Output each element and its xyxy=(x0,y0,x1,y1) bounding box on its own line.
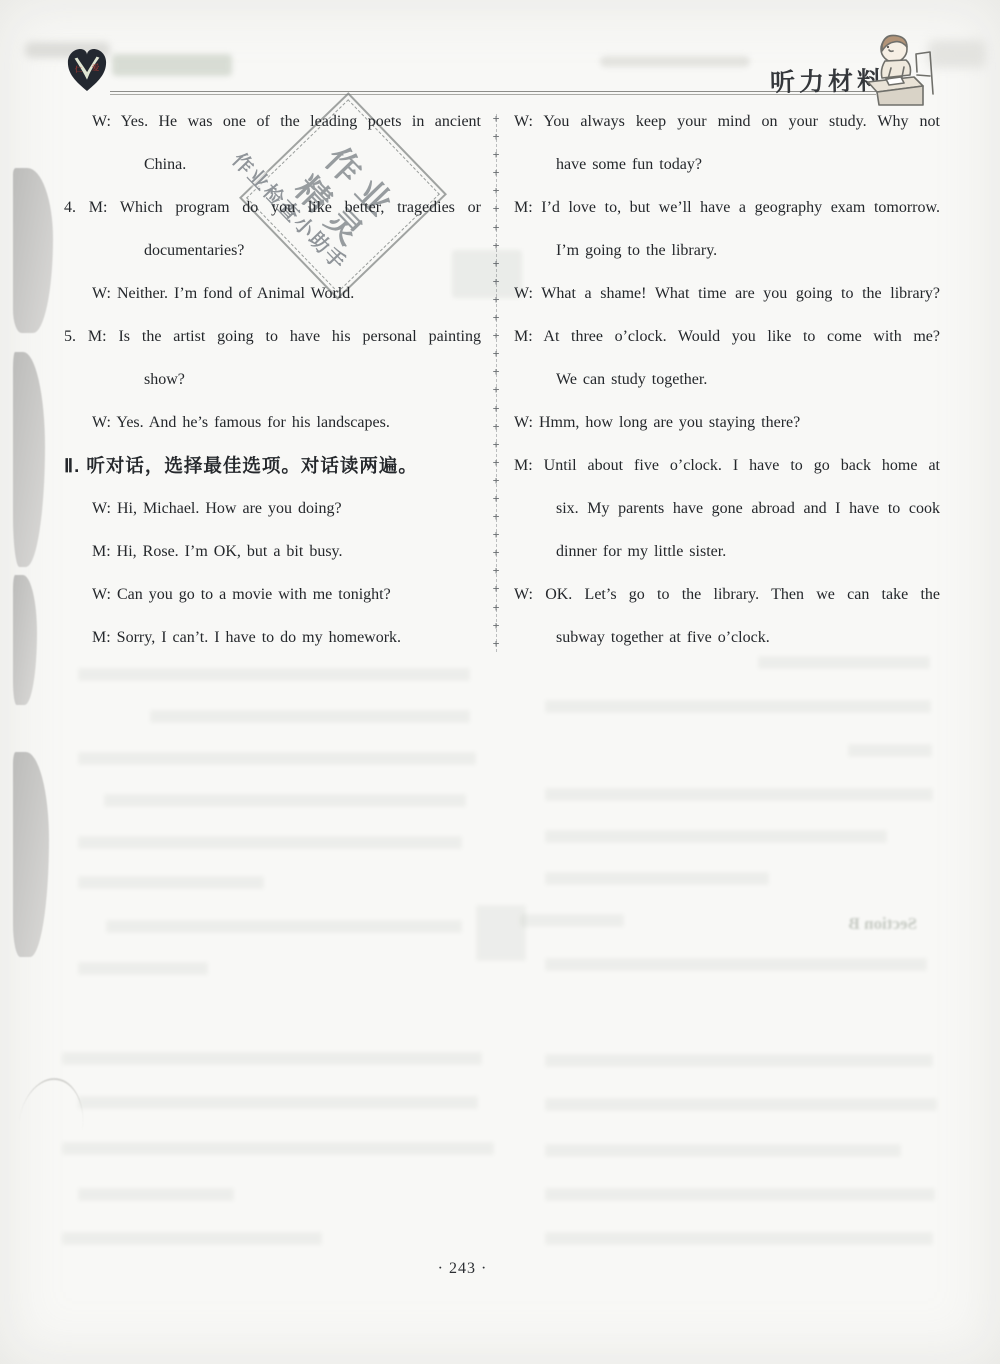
bleed-through-line xyxy=(545,1098,937,1111)
bleed-through-line xyxy=(78,1096,478,1109)
dialogue-column-right: W: You always keep your mind on your stu… xyxy=(512,100,940,659)
dialogue-column-left: W: Yes. He was one of the leading poets … xyxy=(64,100,481,659)
bleed-through-line xyxy=(476,905,526,961)
dialogue-line: 5. M: Is the artist going to have his pe… xyxy=(64,315,481,358)
bleed-through-line xyxy=(545,1144,901,1157)
dialogue-line: M: I’d love to, but we’ll have a geograp… xyxy=(512,186,940,229)
dialogue-line: have some fun today? xyxy=(512,143,940,186)
bleed-through-line xyxy=(62,1052,482,1065)
dialogue-line: M: At three o’clock. Would you like to c… xyxy=(512,315,940,358)
dialogue-line: We can study together. xyxy=(512,358,940,401)
torn-edge xyxy=(13,168,53,333)
torn-edge xyxy=(13,352,45,567)
bleed-through-line xyxy=(106,920,462,933)
dialogue-line: W: OK. Let’s go to the library. Then we … xyxy=(512,573,940,616)
torn-edge xyxy=(13,575,37,705)
bleed-through-line xyxy=(62,1142,494,1155)
logo-character: 仁 xyxy=(75,64,83,74)
bleed-through-line xyxy=(545,788,933,801)
dialogue-line: W: Neither. I’m fond of Animal World. xyxy=(64,272,481,315)
logo-character: 爱 xyxy=(92,62,100,72)
dialogue-line: show? xyxy=(64,358,481,401)
faded-masthead-text xyxy=(112,54,232,76)
bleed-through-line xyxy=(78,876,264,889)
dialogue-line: M: Until about five o’clock. I have to g… xyxy=(512,444,940,487)
bleed-through-line xyxy=(545,830,887,843)
dialogue-line: M: Sorry, I can’t. I have to do my homew… xyxy=(64,616,481,659)
scan-smudge xyxy=(600,56,750,67)
scanned-workbook-page: 仁 爱 听力材料 作业 精灵 作业检查小助手 Section B xyxy=(0,0,1000,1364)
dialogue-line: subway together at five o’clock. xyxy=(512,616,940,659)
bleed-through-line xyxy=(78,1188,234,1201)
bleed-through-line xyxy=(545,958,927,971)
bleed-through-line xyxy=(78,836,462,849)
bleed-through-line xyxy=(545,700,931,713)
bleed-through-line xyxy=(545,1054,933,1067)
dialogue-line: W: Can you go to a movie with me tonight… xyxy=(64,573,481,616)
dialogue-line: W: You always keep your mind on your stu… xyxy=(512,100,940,143)
bleed-through-line xyxy=(545,1188,935,1201)
dialogue-line: documentaries? xyxy=(64,229,481,272)
dialogue-line: 4. M: Which program do you like better, … xyxy=(64,186,481,229)
bleed-through-line xyxy=(104,794,466,807)
page-number: · 243 · xyxy=(380,1260,545,1278)
dialogue-line: M: Hi, Rose. I’m OK, but a bit busy. xyxy=(64,530,481,573)
column-divider: + + + + + + + + + + + + + + + + + + + + … xyxy=(489,110,503,656)
renai-heart-logo-icon: 仁 爱 xyxy=(66,46,108,94)
dialogue-line: W: What a shame! What time are you going… xyxy=(512,272,940,315)
bleed-through-line xyxy=(78,962,208,975)
dialogue-line: China. xyxy=(64,143,481,186)
dialogue-line: W: Yes. And he’s famous for his landscap… xyxy=(64,401,481,444)
dialogue-line: W: Hi, Michael. How are you doing? xyxy=(64,487,481,530)
bleed-through-line xyxy=(62,1232,322,1245)
torn-edge xyxy=(13,752,49,957)
dialogue-line: Ⅱ. 听对话，选择最佳选项。对话读两遍。 xyxy=(64,444,481,487)
dialogue-line: I’m going to the library. xyxy=(512,229,940,272)
bleed-through-line xyxy=(150,710,470,723)
dialogue-line: dinner for my little sister. xyxy=(512,530,940,573)
bleed-through-line xyxy=(520,914,624,927)
bleed-through-line xyxy=(848,744,932,757)
dialogue-line: W: Yes. He was one of the leading poets … xyxy=(64,100,481,143)
dialogue-line: W: Hmm, how long are you staying there? xyxy=(512,401,940,444)
dialogue-line: six. My parents have gone abroad and I h… xyxy=(512,487,940,530)
bleed-through-line: Section B xyxy=(822,914,917,934)
header-rule xyxy=(110,91,876,95)
bleed-through-line xyxy=(78,668,470,681)
bleed-through-line xyxy=(545,872,769,885)
bleed-through-line xyxy=(78,752,476,765)
bleed-through-line xyxy=(545,1232,933,1245)
